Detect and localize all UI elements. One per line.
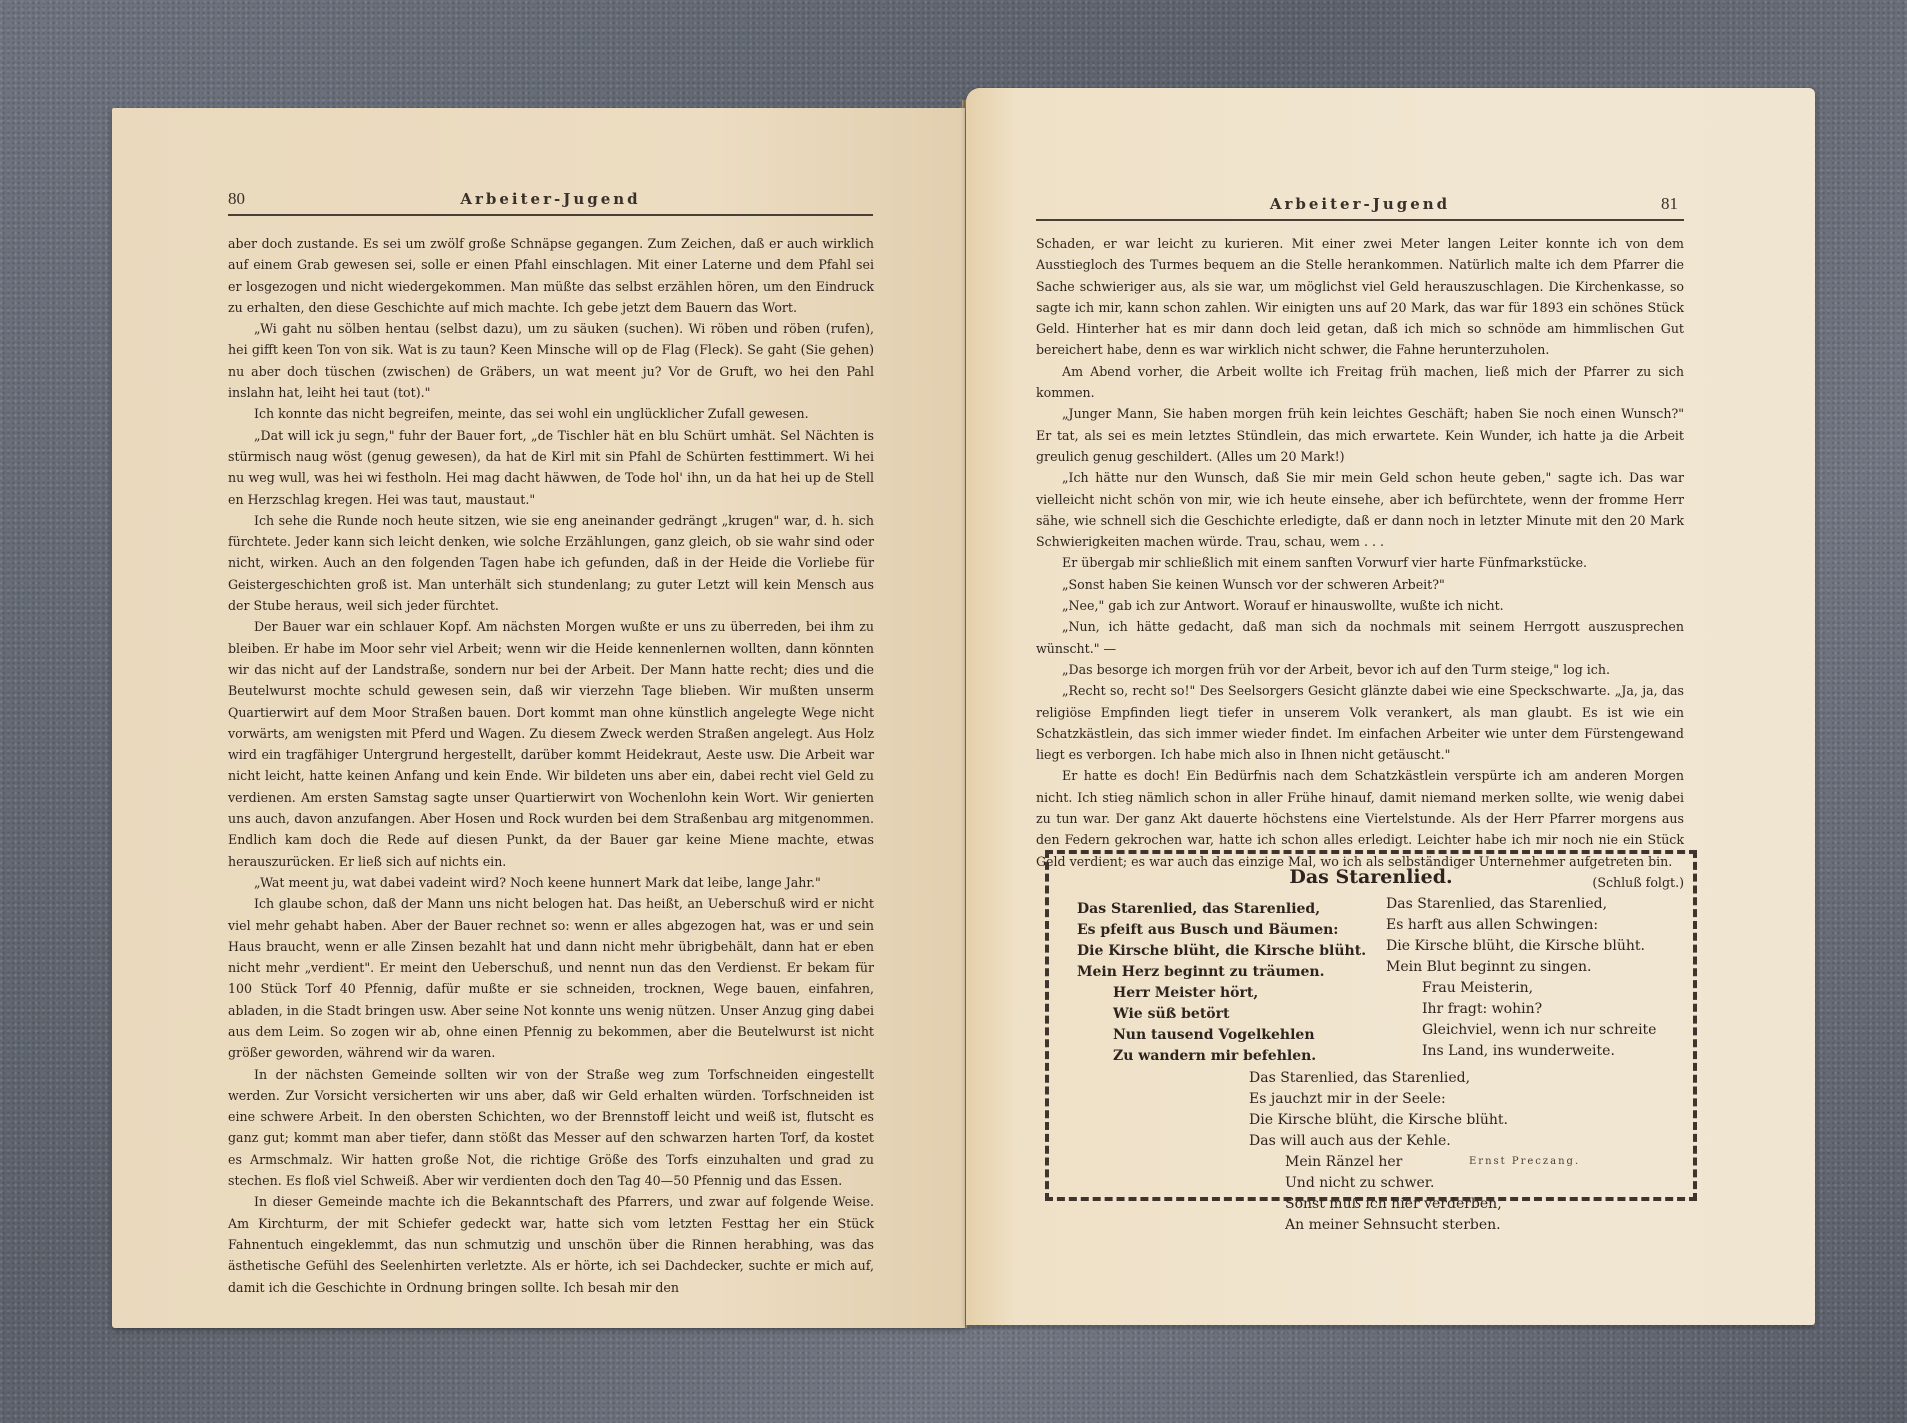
poem-line: Gleichviel, wenn ich nur schreite bbox=[1386, 1020, 1656, 1041]
poem-stanza: Das Starenlied, das Starenlied, Es harft… bbox=[1386, 894, 1656, 1062]
paragraph: „Nun, ich hätte gedacht, daß man sich da… bbox=[1036, 616, 1684, 659]
poem-line: Das Starenlied, das Starenlied, bbox=[1249, 1068, 1508, 1089]
paragraph: Ich sehe die Runde noch heute sitzen, wi… bbox=[228, 510, 874, 616]
poem-line: Die Kirsche blüht, die Kirsche blüht. bbox=[1386, 936, 1656, 957]
paragraph: „Ich hätte nur den Wunsch, daß Sie mir m… bbox=[1036, 467, 1684, 552]
journal-title: Arbeiter-Jugend bbox=[1036, 193, 1684, 215]
page-number: 81 bbox=[1661, 193, 1678, 215]
paragraph: „Dat will ick ju segn," fuhr der Bauer f… bbox=[228, 425, 874, 510]
poem-line: Das Starenlied, das Starenlied, bbox=[1386, 894, 1656, 915]
paragraph: Ich konnte das nicht begreifen, meinte, … bbox=[228, 403, 874, 424]
right-page: Arbeiter-Jugend 81 Schaden, er war leich… bbox=[966, 88, 1815, 1325]
poem-box: Das Starenlied. Das Starenlied, das Star… bbox=[1045, 850, 1697, 1201]
paragraph: „Wat meent ju, wat dabei vadeint wird? N… bbox=[228, 872, 874, 893]
paragraph: „Recht so, recht so!" Des Seelsorgers Ge… bbox=[1036, 680, 1684, 765]
poem-line: Ihr fragt: wohin? bbox=[1386, 999, 1656, 1020]
poem-line: Es jauchzt mir in der Seele: bbox=[1249, 1089, 1508, 1110]
paragraph: „Sonst haben Sie keinen Wunsch vor der s… bbox=[1036, 574, 1684, 595]
article-body-left: aber doch zustande. Es sei um zwölf groß… bbox=[228, 233, 874, 1298]
running-head-left: 80 Arbeiter-Jugend bbox=[228, 188, 873, 216]
paragraph: „Wi gaht nu sölben hentau (selbst dazu),… bbox=[228, 318, 874, 403]
poem-line: Mein Herz beginnt zu träumen. bbox=[1077, 962, 1366, 983]
poem-line: Es harft aus allen Schwingen: bbox=[1386, 915, 1656, 936]
paragraph: „Nee," gab ich zur Antwort. Worauf er hi… bbox=[1036, 595, 1684, 616]
article-body-right: Schaden, er war leicht zu kurieren. Mit … bbox=[1036, 233, 1684, 893]
poem-line: Das will auch aus der Kehle. bbox=[1249, 1131, 1508, 1152]
poem-stanza: Das Starenlied, das Starenlied, Es pfeif… bbox=[1077, 899, 1366, 1067]
journal-title: Arbeiter-Jugend bbox=[228, 188, 873, 210]
poem-line: Es pfeift aus Busch und Bäumen: bbox=[1077, 920, 1366, 941]
running-head-right: Arbeiter-Jugend 81 bbox=[1036, 193, 1684, 221]
poem-line: Ins Land, ins wunderweite. bbox=[1386, 1041, 1656, 1062]
poem-line: Das Starenlied, das Starenlied, bbox=[1077, 899, 1366, 920]
paragraph: Er übergab mir schließlich mit einem san… bbox=[1036, 552, 1684, 573]
poem-line: Die Kirsche blüht, die Kirsche blüht. bbox=[1249, 1110, 1508, 1131]
poem-line: Sonst muß ich hier verderben, bbox=[1249, 1194, 1508, 1215]
paragraph: Schaden, er war leicht zu kurieren. Mit … bbox=[1036, 233, 1684, 361]
poem-line: An meiner Sehnsucht sterben. bbox=[1249, 1215, 1508, 1236]
poem-line: Zu wandern mir befehlen. bbox=[1077, 1046, 1366, 1067]
paragraph: In der nächsten Gemeinde sollten wir von… bbox=[228, 1064, 874, 1192]
poem-author: Ernst Preczang. bbox=[1469, 1156, 1580, 1167]
poem-line: Nun tausend Vogelkehlen bbox=[1077, 1025, 1366, 1046]
paragraph: In dieser Gemeinde machte ich die Bekann… bbox=[228, 1191, 874, 1297]
paragraph: Am Abend vorher, die Arbeit wollte ich F… bbox=[1036, 361, 1684, 404]
poem-line: Und nicht zu schwer. bbox=[1249, 1173, 1508, 1194]
poem-line: Frau Meisterin, bbox=[1386, 978, 1656, 999]
paragraph: Ich glaube schon, daß der Mann uns nicht… bbox=[228, 893, 874, 1063]
paragraph: aber doch zustande. Es sei um zwölf groß… bbox=[228, 233, 874, 318]
poem-title: Das Starenlied. bbox=[1049, 866, 1693, 888]
poem-stanza: Das Starenlied, das Starenlied, Es jauch… bbox=[1249, 1068, 1508, 1236]
poem-line: Mein Blut beginnt zu singen. bbox=[1386, 957, 1656, 978]
poem-line: Die Kirsche blüht, die Kirsche blüht. bbox=[1077, 941, 1366, 962]
paragraph: „Das besorge ich morgen früh vor der Arb… bbox=[1036, 659, 1684, 680]
paragraph: „Junger Mann, Sie haben morgen früh kein… bbox=[1036, 403, 1684, 467]
poem-line: Wie süß betört bbox=[1077, 1004, 1366, 1025]
poem-line: Herr Meister hört, bbox=[1077, 983, 1366, 1004]
paragraph: Der Bauer war ein schlauer Kopf. Am näch… bbox=[228, 616, 874, 872]
left-page: 80 Arbeiter-Jugend aber doch zustande. E… bbox=[112, 108, 965, 1328]
